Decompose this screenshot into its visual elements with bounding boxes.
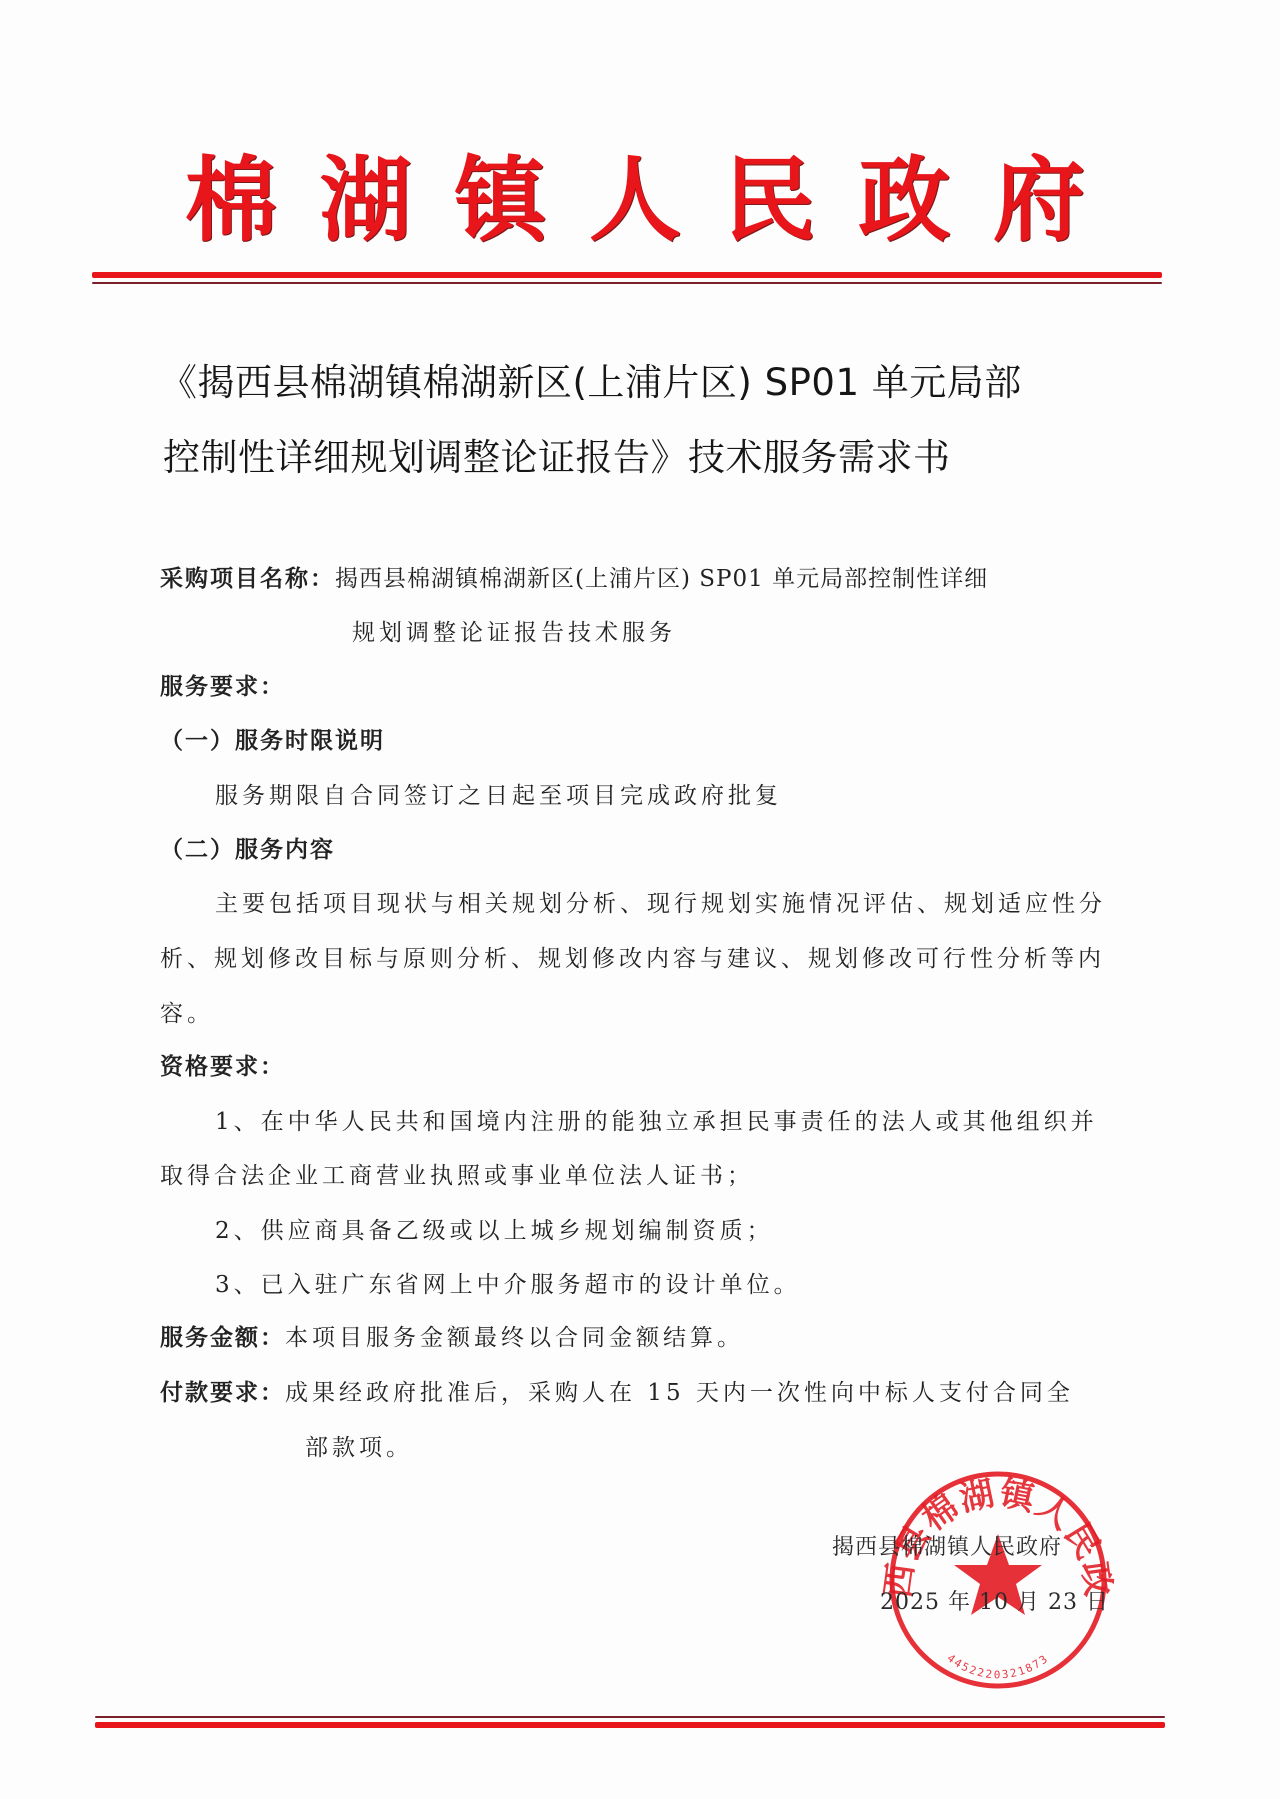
service-amount-label: 服务金额： [160,1325,285,1351]
project-name-value: 揭西县棉湖镇棉湖新区(上浦片区) SP01 单元局部控制性详细 [335,566,988,592]
masthead-char: 棉 [185,127,277,259]
payment-row: 付款要求：成果经政府批准后，采购人在 15 天内一次性向中标人支付合同全 [160,1374,1074,1407]
service-content-text-1: 主要包括项目现状与相关规划分析、现行规划实施情况评估、规划适应性分 [215,885,1106,918]
masthead-char: 府 [993,127,1085,259]
masthead-char: 湖 [320,127,412,259]
qualifications-heading: 资格要求： [160,1048,285,1081]
signature-org: 揭西县棉湖镇人民政府 [832,1530,1062,1561]
qualification-item-1: 1、在中华人民共和国境内注册的能独立承担民事责任的法人或其他组织并 [215,1103,1098,1136]
service-content-text-2: 析、规划修改目标与原则分析、规划修改内容与建议、规划修改可行性分析等内 [160,940,1105,973]
service-content-heading: （二）服务内容 [160,831,335,864]
signature-date: 2025 年 10 月 23 日 [880,1585,1109,1616]
qualification-item-3: 3、已入驻广东省网上中介服务超市的设计单位。 [215,1266,801,1299]
payment-value-cont: 部款项。 [305,1429,413,1462]
document-title-line2: 控制性详细规划调整论证报告》技术服务需求书 [163,427,1123,481]
service-amount-row: 服务金额：本项目服务金额最终以合同金额结算。 [160,1319,744,1352]
header-divider-thin [92,282,1162,284]
service-amount-value: 本项目服务金额最终以合同金额结算。 [285,1325,744,1351]
qualification-item-2: 2、供应商具备乙级或以上城乡规划编制资质； [215,1212,774,1245]
project-name-row: 采购项目名称：揭西县棉湖镇棉湖新区(上浦片区) SP01 单元局部控制性详细 [160,560,988,593]
masthead-title: 棉 湖 镇 人 民 政 府 [185,138,1085,248]
header-divider-thick [92,272,1162,278]
service-period-heading: （一）服务时限说明 [160,722,385,755]
project-name-value-cont: 规划调整论证报告技术服务 [352,614,676,647]
document-title-line1: 《揭西县棉湖镇棉湖新区(上浦片区) SP01 单元局部 [160,352,1120,406]
footer-divider-thick [95,1722,1165,1728]
service-content-text-3: 容。 [160,995,214,1028]
qualification-item-1-cont: 取得合法企业工商营业执照或事业单位法人证书； [160,1157,754,1190]
service-requirements-heading: 服务要求： [160,668,285,701]
masthead-char: 政 [858,127,950,259]
masthead-char: 民 [724,127,816,259]
official-seal-icon: 揭西县棉湖镇人民政府 4452220321873 [868,1462,1128,1694]
project-name-label: 采购项目名称： [160,566,335,592]
masthead-char: 人 [589,127,681,259]
payment-value: 成果经政府批准后，采购人在 15 天内一次性向中标人支付合同全 [285,1380,1074,1406]
masthead-char: 镇 [454,127,546,259]
payment-label: 付款要求： [160,1380,285,1406]
footer-divider-thin [95,1716,1165,1718]
service-period-text: 服务期限自合同签订之日起至项目完成政府批复 [215,777,782,810]
